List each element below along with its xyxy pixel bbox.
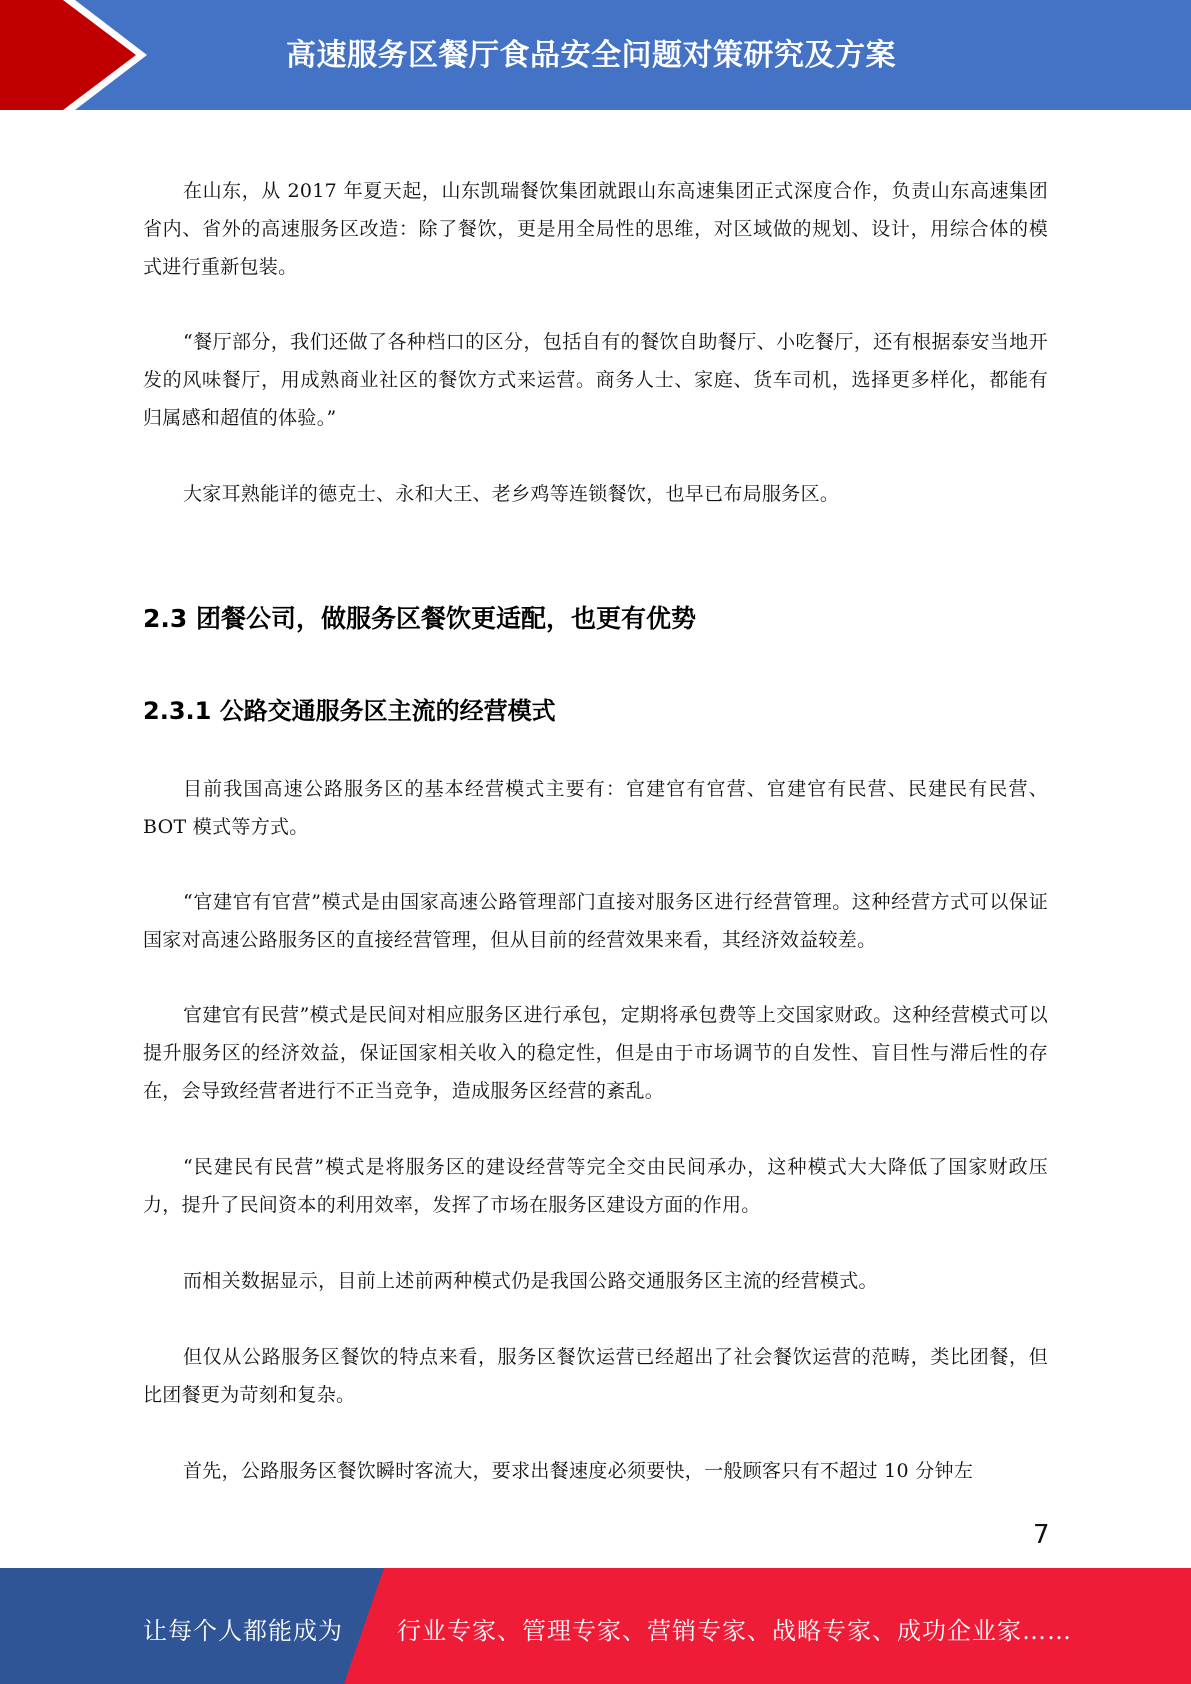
body-paragraph: 大家耳熟能详的德克士、永和大王、老乡鸡等连锁餐饮，也早已布局服务区。	[143, 475, 1048, 513]
body-paragraph: “官建官有官营”模式是由国家高速公路管理部门直接对服务区进行经营管理。这种经营方…	[143, 883, 1048, 959]
footer-slogan-left: 让每个人都能成为	[143, 1611, 343, 1646]
footer-slogan-right: 行业专家、管理专家、营销专家、战略专家、成功企业家……	[397, 1611, 1072, 1646]
body-paragraph: “民建民有民营”模式是将服务区的建设经营等完全交由民间承办，这种模式大大降低了国…	[143, 1148, 1048, 1224]
body-paragraph: 而相关数据显示，目前上述前两种模式仍是我国公路交通服务区主流的经营模式。	[143, 1262, 1048, 1300]
subsection-heading: 2.3.1 公路交通服务区主流的经营模式	[143, 691, 556, 726]
body-paragraph: 在山东，从 2017 年夏天起，山东凯瑞餐饮集团就跟山东高速集团正式深度合作，负…	[143, 172, 1048, 286]
body-paragraph: 官建官有民营”模式是民间对相应服务区进行承包，定期将承包费等上交国家财政。这种经…	[143, 996, 1048, 1110]
body-paragraph: 目前我国高速公路服务区的基本经营模式主要有：官建官有官营、官建官有民营、民建民有…	[143, 770, 1048, 846]
document-title: 高速服务区餐厅食品安全问题对策研究及方案	[286, 30, 896, 74]
page-footer-banner: 让每个人都能成为 行业专家、管理专家、营销专家、战略专家、成功企业家……	[0, 1568, 1191, 1684]
page-header-banner: 高速服务区餐厅食品安全问题对策研究及方案	[0, 0, 1191, 110]
body-paragraph: “餐厅部分，我们还做了各种档口的区分，包括自有的餐饮自助餐厅、小吃餐厅，还有根据…	[143, 323, 1048, 437]
page-number: 7	[1033, 1520, 1050, 1550]
body-paragraph: 但仅从公路服务区餐饮的特点来看，服务区餐饮运营已经超出了社会餐饮运营的范畴，类比…	[143, 1338, 1048, 1414]
body-paragraph: 首先，公路服务区餐饮瞬时客流大，要求出餐速度必须要快，一般顾客只有不超过 10 …	[143, 1452, 1048, 1490]
section-heading: 2.3 团餐公司，做服务区餐饮更适配，也更有优势	[143, 599, 696, 635]
